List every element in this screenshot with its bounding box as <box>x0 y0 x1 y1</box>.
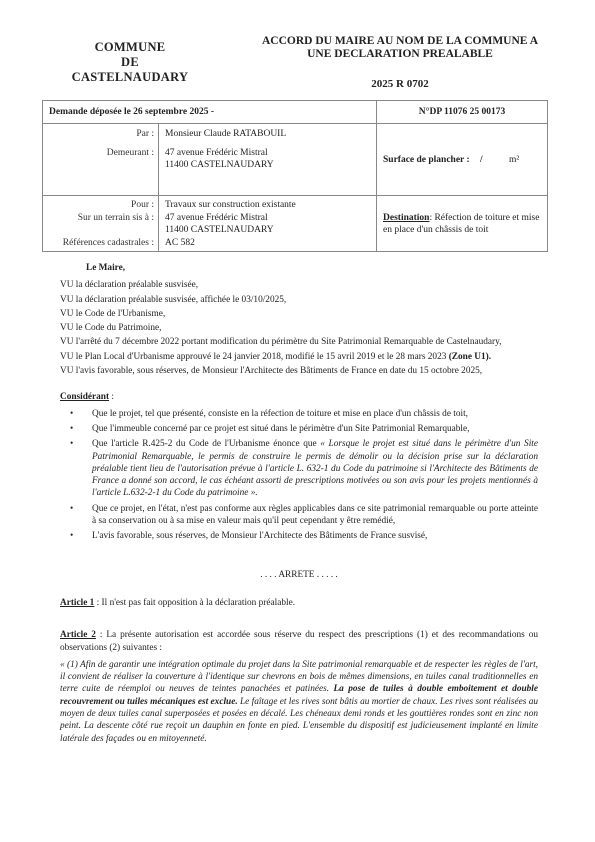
project-labels: Pour : Sur un terrain sis à : Références… <box>43 196 159 252</box>
arrete-heading: . . . . ARRETE . . . . . <box>60 569 538 581</box>
maire-heading: Le Maire, <box>86 262 538 274</box>
article-2-text: : La présente autorisation est accordée … <box>60 630 538 652</box>
article-1: Article 1 : Il n'est pas fait opposition… <box>60 597 538 609</box>
considerant-colon: : <box>109 392 114 402</box>
vu-line: VU l'avis favorable, sous réserves, de M… <box>60 365 538 377</box>
surface-unit: m² <box>509 155 519 165</box>
considerant-item: Que le projet, tel que présenté, consist… <box>92 408 538 420</box>
considerant-item: Que l'article R.425-2 du Code de l'Urban… <box>92 438 538 499</box>
terrain-address-2: 11400 CASTELNAUDARY <box>165 224 375 237</box>
surface-label: Surface de plancher : <box>383 155 470 165</box>
commune-header: COMMUNE DE CASTELNAUDARY <box>60 40 200 85</box>
dp-number: N°DP 11076 25 00173 <box>377 101 548 124</box>
considerant-item: Que l'immeuble concerné par ce projet es… <box>92 423 538 435</box>
vu-line: VU le Plan Local d'Urbanisme approuvé le… <box>60 351 538 363</box>
document-body: Le Maire, VU la déclaration préalable su… <box>60 262 538 745</box>
request-table: Demande déposée le 26 septembre 2025 - N… <box>42 100 548 252</box>
vu-line: VU l'arrêté du 7 décembre 2022 portant m… <box>60 336 538 348</box>
surface-value: / <box>480 155 483 165</box>
cadastre-label: Références cadastrales : <box>44 237 154 250</box>
document-title: ACCORD DU MAIRE AU NOM DE LA COMMUNE A U… <box>220 35 580 61</box>
considerant-item: Que ce projet, en l'état, n'est pas conf… <box>92 503 538 528</box>
deposit-date: Demande déposée le 26 septembre 2025 - <box>43 101 377 124</box>
applicant-address-2: 11400 CASTELNAUDARY <box>165 159 375 172</box>
destination-cell: Destination: Réfection de toiture et mis… <box>377 196 548 252</box>
considerant-list: Que le projet, tel que présenté, consist… <box>60 408 538 543</box>
zone-label: (Zone U1). <box>449 352 491 362</box>
considerant-item: L'avis favorable, sous réserves, de Mons… <box>92 530 538 542</box>
applicant-name: Monsieur Claude RATABOUIL <box>165 128 375 141</box>
title-line-2: UNE DECLARATION PREALABLE <box>220 48 580 61</box>
vu-line: VU le Code de l'Urbanisme, <box>60 308 538 320</box>
par-label: Par : <box>44 128 154 141</box>
applicant-address-1: 47 avenue Frédéric Mistral <box>165 147 375 160</box>
commune-line-1: COMMUNE <box>60 40 200 55</box>
considerant-heading: Considérant : <box>60 391 538 403</box>
article-1-title: Article 1 <box>60 598 94 608</box>
terrain-address-1: 47 avenue Frédéric Mistral <box>165 212 375 225</box>
vu-plu-text: VU le Plan Local d'Urbanisme approuvé le… <box>60 352 446 362</box>
cadastre-value: AC 582 <box>165 237 375 250</box>
article-1-text: : Il n'est pas fait opposition à la décl… <box>94 598 295 608</box>
considerant-title: Considérant <box>60 392 109 402</box>
applicant-labels: Par : Demeurant : <box>43 124 159 196</box>
project-values: Travaux sur construction existante 47 av… <box>159 196 377 252</box>
project-type: Travaux sur construction existante <box>165 199 375 212</box>
considerant-r425-text: Que l'article R.425-2 du Code de l'Urban… <box>92 439 317 449</box>
destination-label: Destination <box>383 213 429 223</box>
terrain-label: Sur un terrain sis à : <box>44 212 154 225</box>
vu-line: VU le Code du Patrimoine, <box>60 322 538 334</box>
pour-label: Pour : <box>44 199 154 212</box>
demeurant-label: Demeurant : <box>44 147 154 160</box>
article-2: Article 2 : La présente autorisation est… <box>60 629 538 654</box>
vu-line: VU la déclaration préalable susvisée, <box>60 279 538 291</box>
prescriptions: « (1) Afin de garantir une intégration o… <box>60 659 538 745</box>
title-line-1: ACCORD DU MAIRE AU NOM DE LA COMMUNE A <box>220 35 580 48</box>
vu-line: VU la déclaration préalable susvisée, af… <box>60 294 538 306</box>
commune-line-3: CASTELNAUDARY <box>60 70 200 85</box>
applicant-values: Monsieur Claude RATABOUIL 47 avenue Fréd… <box>159 124 377 196</box>
article-2-title: Article 2 <box>60 630 96 640</box>
commune-line-2: DE <box>60 55 200 70</box>
reference-number: 2025 R 0702 <box>220 78 580 90</box>
surface-cell: Surface de plancher : / m² <box>377 124 548 196</box>
